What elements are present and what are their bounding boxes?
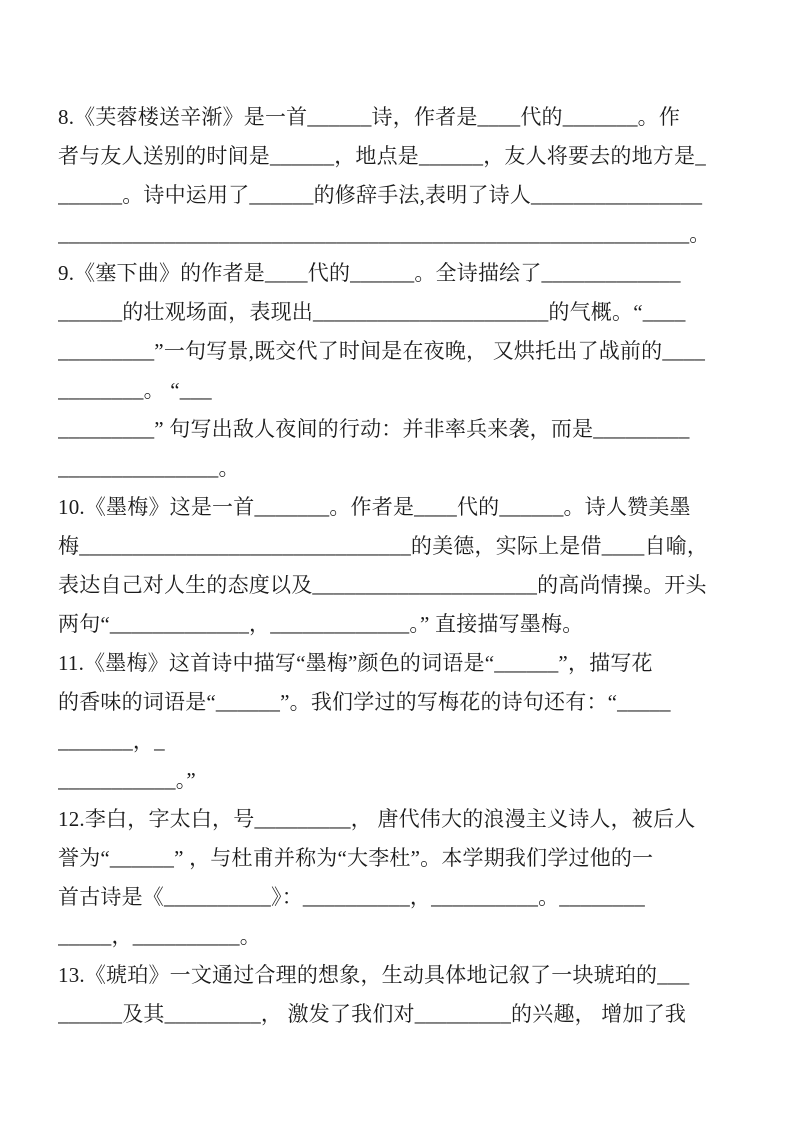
question-9-line-4: ________。 “___ xyxy=(58,371,741,410)
question-10-line-2: 梅_______________________________的美德，实际上是… xyxy=(58,527,741,566)
question-8-line-2: 者与友人送别的时间是______，地点是______，友人将要去的地方是_ xyxy=(58,137,741,176)
question-13-line-1: 13.《琥珀》一文通过合理的想象，生动具体地记叙了一块琥珀的___ xyxy=(58,956,741,995)
question-9-line-2: ______的壮观场面，表现出______________________的气概… xyxy=(58,293,741,332)
question-13: 13.《琥珀》一文通过合理的想象，生动具体地记叙了一块琥珀的___ ______… xyxy=(58,956,741,1034)
question-12-line-3: 首古诗是《__________》：__________，__________。_… xyxy=(58,878,741,917)
question-10-line-3: 表达自己对人生的态度以及_____________________的高尚情操。开… xyxy=(58,566,741,605)
question-10: 10.《墨梅》这是一首_______。作者是____代的______。诗人赞美墨… xyxy=(58,488,741,644)
question-8-line-3: ______。诗中运用了______的修辞手法,表明了诗人___________… xyxy=(58,176,741,215)
question-11: 11.《墨梅》这首诗中描写“墨梅”颜色的词语是“______”，描写花 的香味的… xyxy=(58,644,741,800)
question-10-line-1: 10.《墨梅》这是一首_______。作者是____代的______。诗人赞美墨 xyxy=(58,488,741,527)
question-13-line-2: ______及其_________， 激发了我们对_________的兴趣， 增… xyxy=(58,995,741,1034)
question-9-line-3: _________”一句写景,既交代了时间是在夜晚， 又烘托出了战前的____ xyxy=(58,332,741,371)
question-9-line-5: _________” 句写出敌人夜间的行动：并非率兵来袭，而是_________ xyxy=(58,410,741,449)
question-9: 9.《塞下曲》的作者是____代的______。全诗描绘了___________… xyxy=(58,254,741,488)
question-9-line-1: 9.《塞下曲》的作者是____代的______。全诗描绘了___________… xyxy=(58,254,741,293)
question-12-line-2: 誉为“______” ，与杜甫并称为“大李杜”。本学期我们学过他的一 xyxy=(58,839,741,878)
question-12: 12.李白，字太白，号_________， 唐代伟大的浪漫主义诗人，被后人 誉为… xyxy=(58,800,741,956)
question-10-line-4: 两句“_____________，_____________。” 直接描写墨梅。 xyxy=(58,605,741,644)
question-11-line-1: 11.《墨梅》这首诗中描写“墨梅”颜色的词语是“______”，描写花 xyxy=(58,644,741,683)
question-8-line-1: 8.《芙蓉楼送辛渐》是一首______诗，作者是____代的_______。作 xyxy=(58,98,741,137)
question-11-line-2: 的香味的词语是“______”。我们学过的写梅花的诗句还有：“_____ xyxy=(58,683,741,722)
worksheet-page: 8.《芙蓉楼送辛渐》是一首______诗，作者是____代的_______。作 … xyxy=(0,0,793,1121)
question-12-line-1: 12.李白，字太白，号_________， 唐代伟大的浪漫主义诗人，被后人 xyxy=(58,800,741,839)
question-11-line-4: ___________。” xyxy=(58,761,741,800)
question-8-line-4: ________________________________________… xyxy=(58,215,741,254)
question-12-line-4: _____，__________。 xyxy=(58,917,741,956)
question-11-line-3: _______，_ xyxy=(58,722,741,761)
question-9-line-6: _______________。 xyxy=(58,449,741,488)
worksheet-content: 8.《芙蓉楼送辛渐》是一首______诗，作者是____代的_______。作 … xyxy=(58,98,741,1034)
question-8: 8.《芙蓉楼送辛渐》是一首______诗，作者是____代的_______。作 … xyxy=(58,98,741,254)
